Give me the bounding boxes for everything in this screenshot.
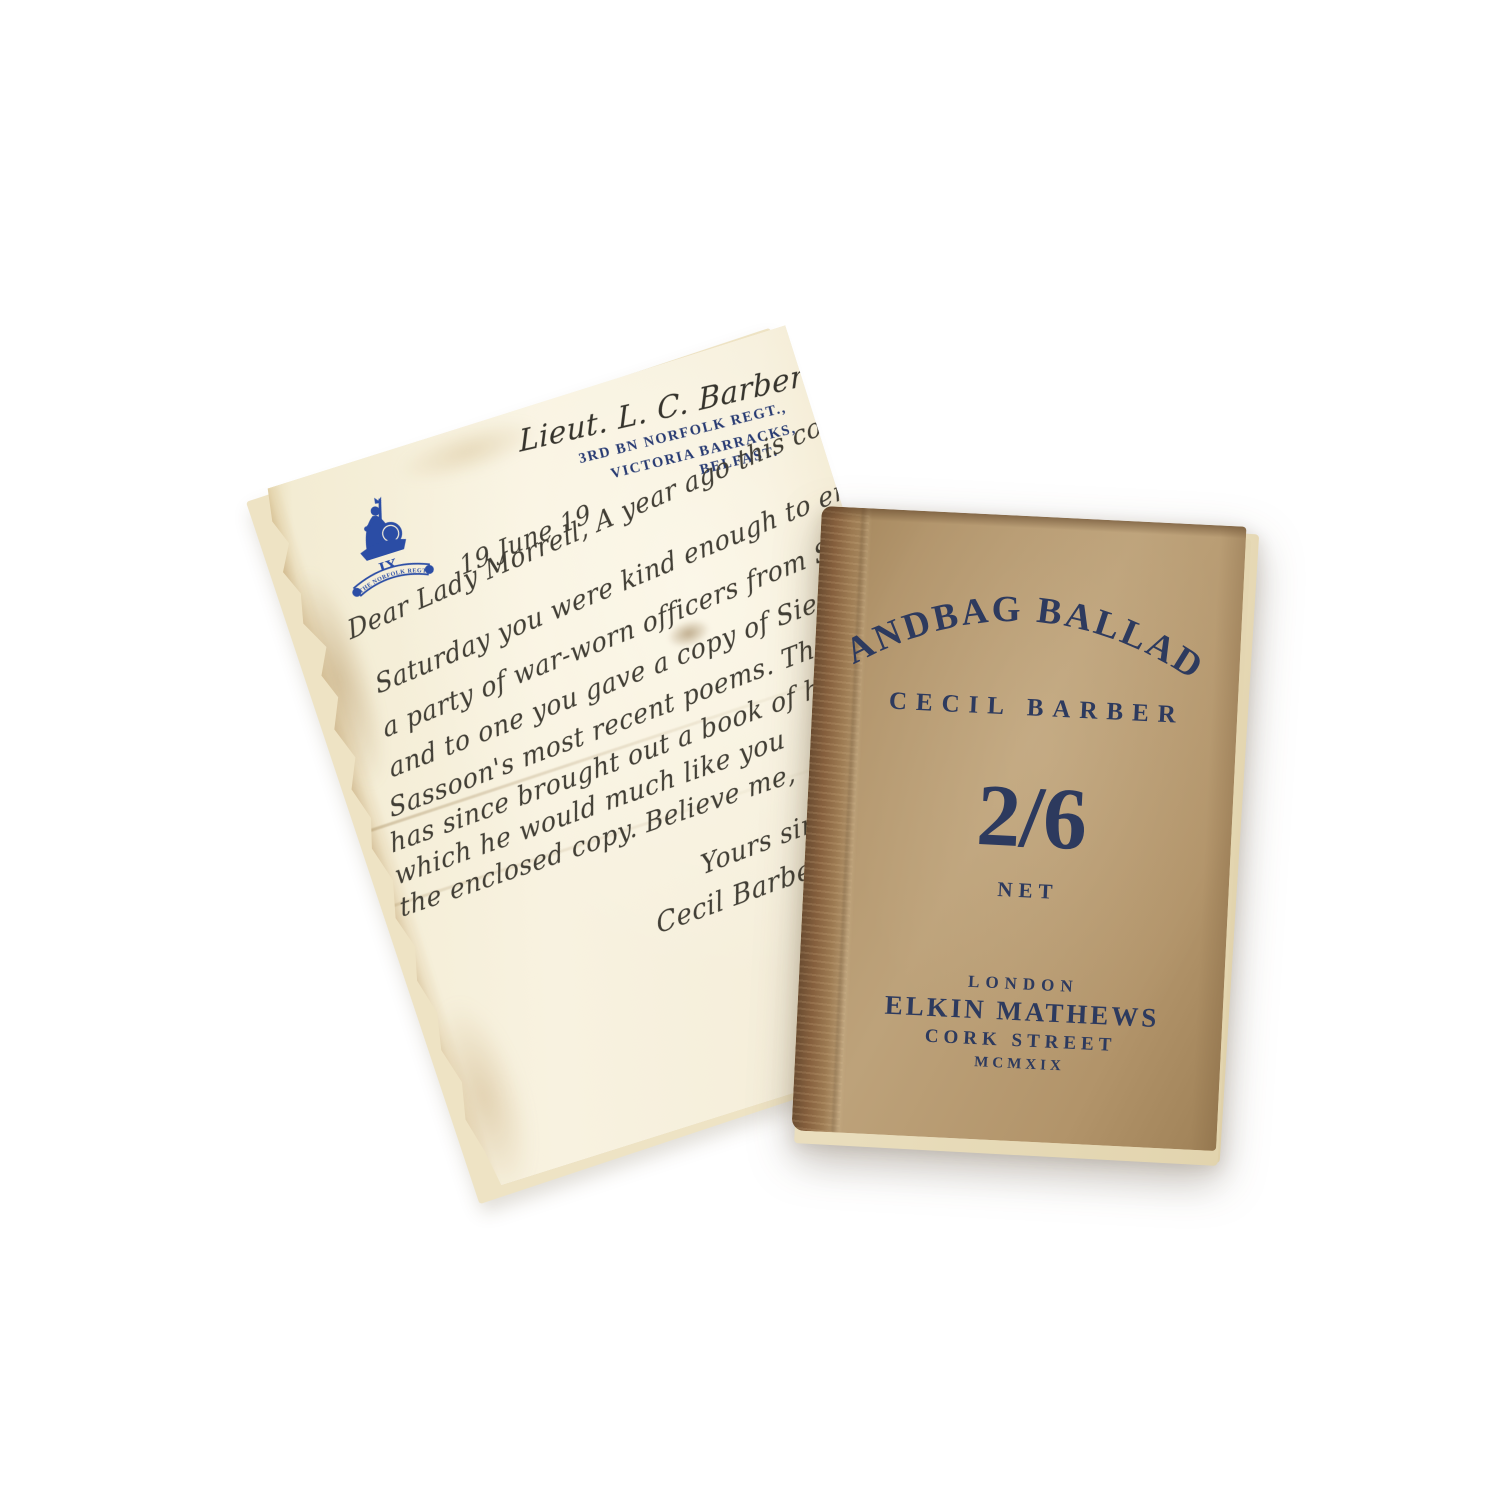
cover-worn-top-edge <box>821 506 1246 539</box>
photo-stage: Lieut. L. C. Barber 3rd Bn Norfolk Regt.… <box>0 0 1512 1512</box>
book-price-qualifier: NET <box>823 869 1233 914</box>
book: SANDBAG BALLADS CECIL BARBER 2/6 NET LON… <box>822 506 1292 1186</box>
book-price: 2/6 <box>825 765 1238 873</box>
book-cover: SANDBAG BALLADS CECIL BARBER 2/6 NET LON… <box>791 506 1246 1151</box>
svg-text:SANDBAG BALLADS: SANDBAG BALLADS <box>829 549 1218 689</box>
book-title: SANDBAG BALLADS <box>829 549 1218 689</box>
